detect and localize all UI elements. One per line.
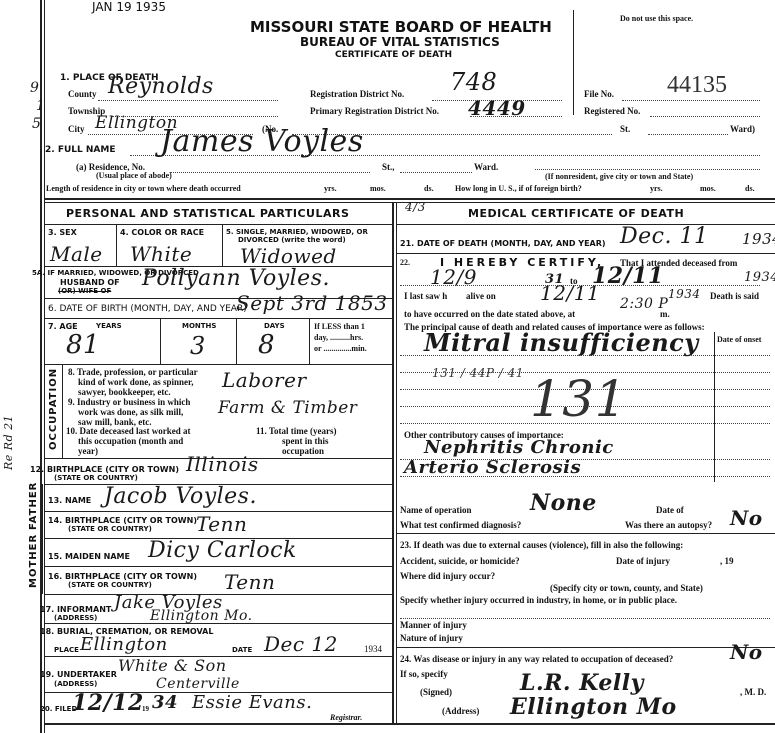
medical-margin-mark: 4/3 [405,200,426,214]
accident-label: Accident, suicide, or homicide? [400,556,520,566]
row-line [396,224,775,225]
birth-date-value: Sept 3rd 1853 [236,291,388,315]
code-mark: 131 [530,370,627,428]
undertaker-label: 19. UNDERTAKER [40,670,117,679]
primary-district-value: 4449 [468,96,526,120]
margin-note-top: 9 [30,80,39,96]
burial-date-year: 1934 [364,644,382,654]
physician-signature: L.R. Kelly [520,670,644,696]
father-side-label: FATHER [28,482,39,530]
last-worked-label-2: this occupation (month and [78,436,183,446]
principal-cause-value: Mitral insufficiency [424,328,699,357]
full-name-value: James Voyles [160,124,364,159]
attended-to-year: 1934 [744,270,775,285]
industry-label: 9. Industry or business in which [68,397,190,407]
street-st-label: St. [620,124,630,134]
row-line [44,318,392,319]
mother-side-label: MOTHER [28,534,39,588]
age-days-label: DAYS [264,322,285,330]
physician-address-value: Ellington Mo [510,694,677,720]
birthplace-label: 12. BIRTHPLACE (CITY OR TOWN) [30,465,179,474]
father-side-divider [42,484,43,538]
registration-district-value: 748 [450,68,497,96]
occupation-side-label: OCCUPATION [48,368,59,450]
industry-label-2: work was done, as silk mill, [78,407,183,417]
father-birthplace-label: 14. BIRTHPLACE (CITY OR TOWN) [48,516,197,525]
burial-date-label: DATE [232,646,252,654]
marital-label: 5. SINGLE, MARRIED, WIDOWED, OR [226,228,368,236]
attended-to-value: 12/11 [592,263,664,289]
last-saw-value: 12/11 [540,281,600,305]
informant-address-label: (ADDRESS) [54,614,97,622]
if-so-specify-label: If so, specify [400,669,448,679]
full-name-label: 2. FULL NAME [45,145,115,155]
less-than-min: or ..............min. [314,344,367,353]
birthplace-value: Illinois [186,452,259,476]
date-of-death-value: Dec. 11 [620,224,708,249]
specify-location-note: (Specify city or town, county, and State… [550,583,703,593]
file-no-line [622,100,760,101]
father-birthplace-value: Tenn [196,512,247,536]
race-label: 4. COLOR OR RACE [120,228,204,237]
time-m-label: m. [660,309,670,319]
foreign-mos-label: mos. [700,184,716,193]
ward-line [648,134,728,135]
burial-place-value: Ellington [80,634,168,655]
code-notes: 131 / 44P / 41 [432,366,524,380]
father-name-value: Jacob Voyles. [104,484,257,509]
do-not-use-note: Do not use this space. [620,14,693,23]
last-saw-label-2: alive on [466,291,496,301]
date-of-death-label: 21. DATE OF DEATH (MONTH, DAY, AND YEAR) [400,239,606,248]
nonresident-line [535,169,760,170]
registration-district-label: Registration District No. [310,89,404,99]
total-time-label-2: spent in this [282,436,329,446]
registered-no-line [650,116,760,117]
occupation-related-label: 24. Was disease or injury in any way rel… [400,654,673,664]
ward-label: Ward) [730,124,755,134]
cell-divider [236,318,237,364]
county-value: Reynolds [108,74,214,99]
nonresident-note: (If nonresident, give city or town and S… [545,172,693,181]
father-name-label: 13. NAME [48,496,91,505]
sex-value: Male [50,242,103,266]
file-no-label: File No. [584,89,614,99]
less-than-hrs: day, ..........hrs. [314,333,363,342]
nature-of-injury-label: Nature of injury [400,633,463,643]
age-years-label: YEARS [96,322,122,330]
signed-label: (Signed) [420,687,452,697]
autopsy-label: Was there an autopsy? [625,520,712,530]
row-line [44,224,392,225]
date-of-onset-label: Date of onset [717,335,761,344]
marital-value: Widowed [240,244,337,268]
cell-divider [222,224,223,266]
injury-date-label: Date of injury [616,556,670,566]
physician-address-label: (Address) [442,706,479,716]
length-of-residence-label: Length of residence in city or town wher… [46,184,241,193]
death-said-label: Death is said [710,291,759,301]
sex-label: 3. SEX [48,228,77,237]
filed-date-value: 12/12 [72,690,144,716]
spouse-label-husband: HUSBAND OF [60,278,120,287]
spouse-value: Pollyann Voyles. [142,266,330,291]
header-divider [573,10,574,115]
total-time-label-3: occupation [282,446,324,456]
mother-birthplace-value: Tenn [224,570,275,594]
received-stamp: JAN 19 1935 [92,0,166,14]
age-months-label: MONTHS [182,322,216,330]
last-worked-label: 10. Date deceased last worked at [66,426,190,436]
residence-line [170,172,370,173]
residence-ward-line [400,172,472,173]
autopsy-value: No [730,506,763,530]
test-confirmed-label: What test confirmed diagnosis? [400,520,521,530]
informant-address-value: Ellington Mo. [150,608,253,624]
operation-label: Name of operation [400,505,472,515]
industry-value: Farm & Timber [218,398,357,418]
margin-note-side: Re Rd 21 [2,415,15,470]
file-no-value: 44135 [667,72,727,99]
foreign-yrs-label: yrs. [650,184,663,193]
margin-note-low: 5 [32,116,41,132]
mother-birthplace-sublabel: (STATE OR COUNTRY) [68,581,152,589]
cell-divider [116,224,117,266]
manner-of-injury-label: Manner of injury [400,620,467,630]
board-title: MISSOURI STATE BOARD OF HEALTH [250,18,552,36]
informant-label: 17. INFORMANT [40,605,111,614]
county-label: County [68,89,97,99]
undertaker-address-value: Centerville [156,676,240,692]
county-line [98,100,278,101]
last-saw-year: 1934 [668,287,701,301]
residence-sublabel: (Usual place of abode) [96,171,172,180]
column-divider-inner [396,203,397,723]
birthplace-sublabel: (STATE OR COUNTRY) [54,474,138,482]
external-causes-label: 23. If death was due to external causes … [400,540,683,550]
registrar-label: Registrar. [330,713,362,722]
row-line [396,533,775,534]
other-cause-1: Nephritis Chronic [424,437,614,458]
residence-ward-label: Ward. [474,162,498,172]
city-label: City [68,124,85,134]
trade-label: 8. Trade, profession, or particular [68,367,198,377]
row-line [396,253,775,254]
less-than-label: If LESS than 1 [314,322,365,331]
length-ds-label: ds. [424,184,434,193]
cell-divider [160,318,161,364]
mother-name-value: Dicy Carlock [148,538,297,563]
operation-date-label: Date of [656,505,684,515]
total-time-label: 11. Total time (years) [256,426,337,436]
burial-place-label: PLACE [54,646,79,654]
margin-note-mid: 1 [36,98,45,114]
trade-label-2: kind of work done, as spinner, [78,377,193,387]
mother-name-label: 15. MAIDEN NAME [48,552,130,561]
race-value: White [130,242,192,266]
registered-no-label: Registered No. [584,106,640,116]
certificate-title: CERTIFICATE OF DEATH [335,50,452,60]
last-worked-label-3: year) [78,446,98,456]
row-line [44,623,392,624]
birth-date-label: 6. DATE OF BIRTH (MONTH, DAY, AND YEAR) [48,304,247,314]
personal-section-title: PERSONAL AND STATISTICAL PARTICULARS [66,207,349,220]
where-injury-label: Where did injury occur? [400,571,495,581]
date-of-death-year: 1934 [742,230,775,248]
certify-number: 22. [400,258,410,267]
filed-year-prefix: 19 [142,705,149,713]
row-line [44,364,392,365]
other-cause-2: Arterio Sclerosis [404,457,581,478]
occupation-related-value: No [730,640,763,664]
specify-industry-label: Specify whether injury occurred in indus… [400,595,677,605]
attended-from-value: 12/9 [430,265,477,289]
primary-district-label: Primary Registration District No. [310,106,439,116]
trade-value: Laborer [222,368,307,392]
row-line [396,647,775,648]
age-months-value: 3 [190,332,206,360]
age-days-value: 8 [258,330,275,360]
operation-value: None [530,490,597,516]
length-mos-label: mos. [370,184,386,193]
cell-divider [309,318,310,364]
father-birthplace-sublabel: (STATE OR COUNTRY) [68,525,152,533]
mother-side-divider [42,538,43,594]
spouse-label-wife: (OR) WIFE OF [58,287,111,295]
bureau-title: BUREAU OF VITAL STATISTICS [300,35,500,49]
marital-label-2: DIVORCED (write the word) [238,236,346,244]
residence-st-label: St., [382,162,395,172]
undertaker-value: White & Son [118,656,227,675]
medical-section-title: MEDICAL CERTIFICATE OF DEATH [468,207,684,220]
injury-year-prefix: , 19 [720,556,734,566]
registrar-signature: Essie Evans. [192,692,312,713]
occupation-side-divider [62,364,63,458]
mother-birthplace-label: 16. BIRTHPLACE (CITY OR TOWN) [48,572,197,581]
age-years-value: 81 [66,330,100,360]
length-yrs-label: yrs. [324,184,337,193]
last-saw-label: I last saw h [404,291,447,301]
column-divider [392,203,394,723]
specify-industry-line [400,618,770,619]
row-line [44,566,392,567]
md-label: , M. D. [740,687,766,697]
filed-year-value: 34 [152,692,178,713]
burial-date-value: Dec 12 [264,632,338,656]
bottom-border [44,723,775,725]
trade-label-3: sawyer, bookkeeper, etc. [78,387,171,397]
foreign-birth-label: How long in U. S., if of foreign birth? [455,184,582,193]
foreign-ds-label: ds. [745,184,755,193]
undertaker-address-label: (ADDRESS) [54,680,97,688]
occurred-label: to have occurred on the date stated abov… [404,309,575,319]
